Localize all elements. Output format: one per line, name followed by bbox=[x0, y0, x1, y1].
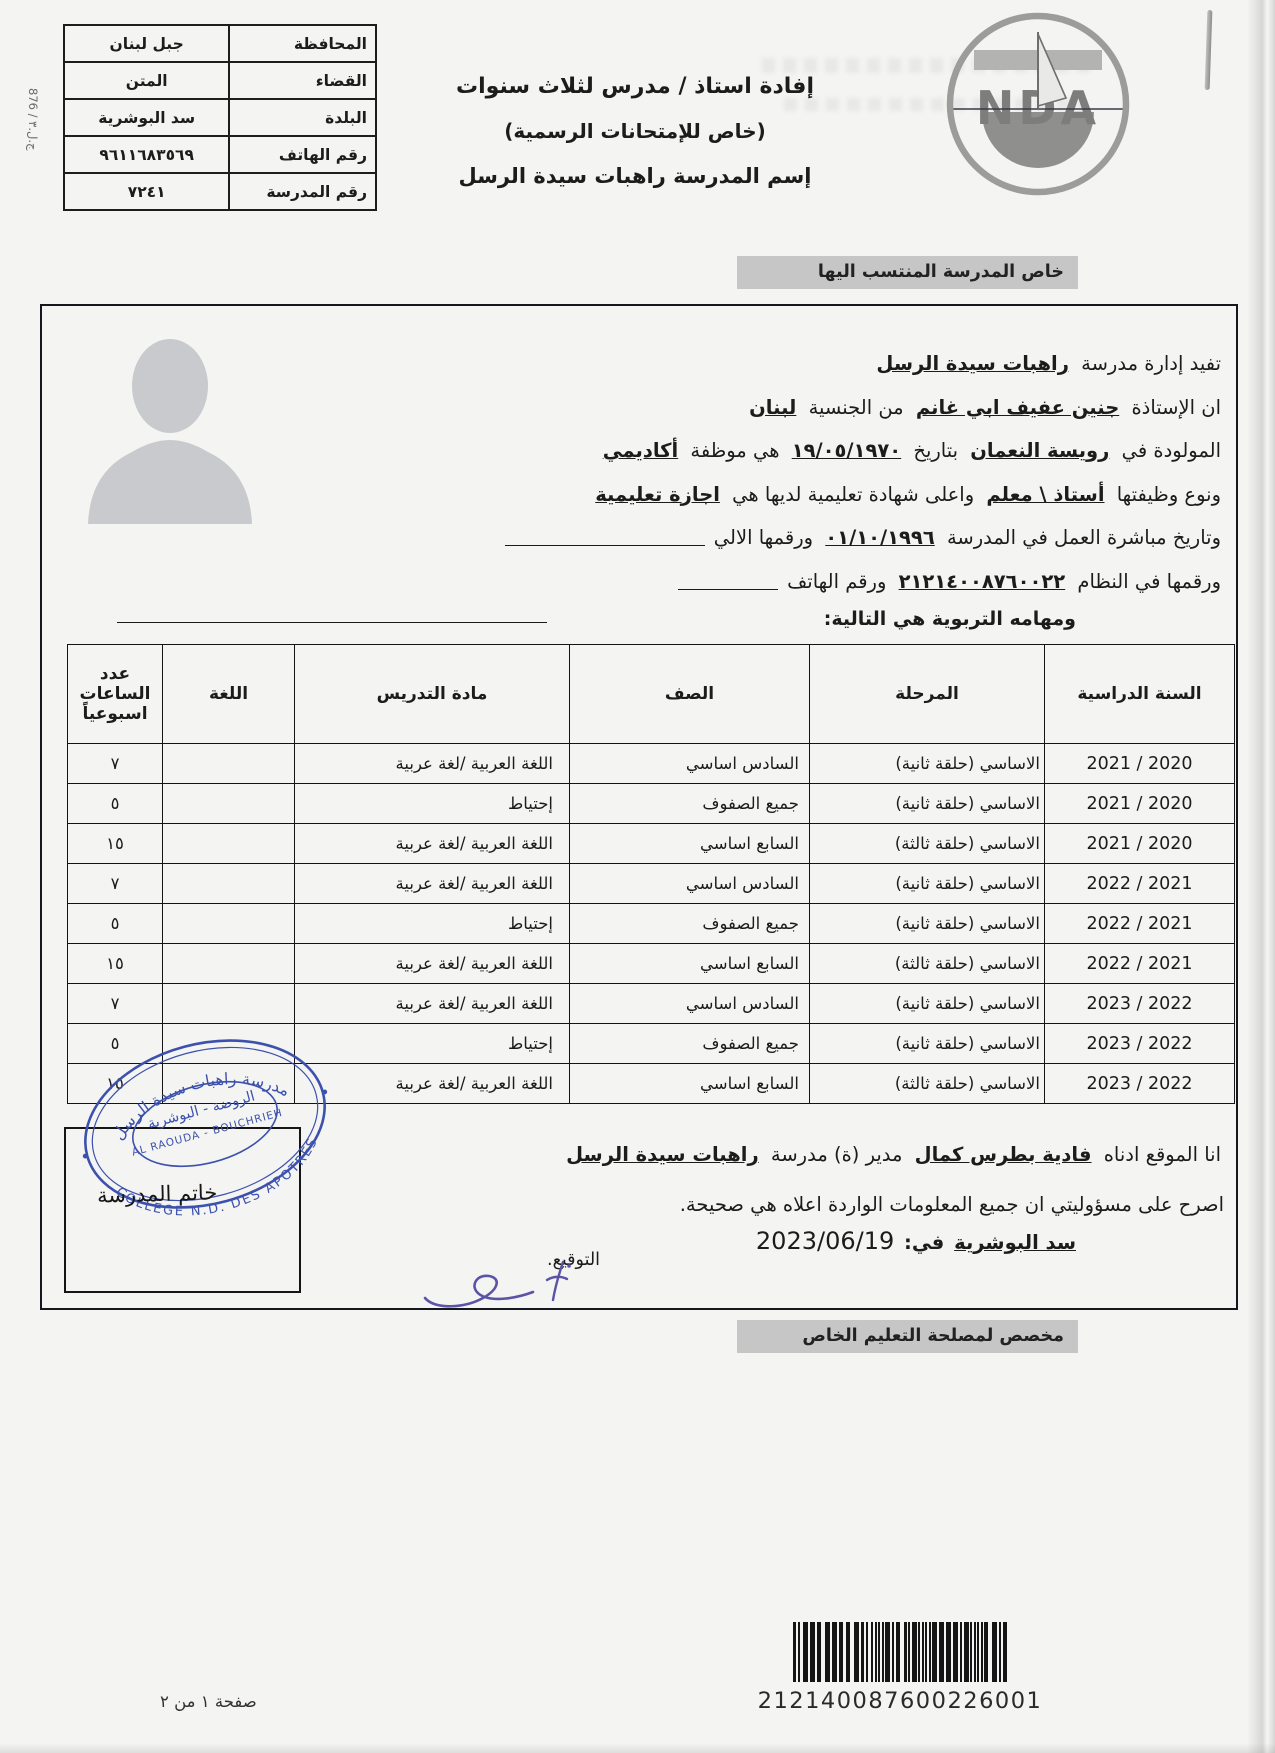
info-row: البلدةسد البوشرية bbox=[64, 99, 376, 136]
statement-line: المولودة في رويسة النعمان بتاريخ ١٩/٠٥/١… bbox=[57, 429, 1224, 473]
statement-line: وتاريخ مباشرة العمل في المدرسة ٠١/١٠/١٩٩… bbox=[57, 516, 1224, 560]
duty-cell: 2022 / 2023 bbox=[1045, 1064, 1235, 1104]
duty-cell: السابع اساسي bbox=[570, 944, 810, 984]
duty-row: 2021 / 2022الاساسي (حلقة ثانية)جميع الصف… bbox=[68, 904, 1235, 944]
duty-cell: 2021 / 2022 bbox=[1045, 864, 1235, 904]
teacher-name: جنين عفيف ابي غانم bbox=[916, 396, 1119, 419]
info-label: المحافظة bbox=[229, 25, 376, 62]
statement-text: ورقمها في النظام bbox=[1077, 570, 1221, 593]
duty-cell: الاساسي (حلقة ثانية) bbox=[810, 864, 1045, 904]
duty-cell: اللغة العربية /لغة عربية bbox=[295, 944, 570, 984]
blank-underline bbox=[678, 574, 778, 590]
column-header-weekly-hours: عدد الساعات اسبوعياً bbox=[68, 645, 163, 744]
duty-cell: جميع الصفوف bbox=[570, 1024, 810, 1064]
statement-text: واعلى شهادة تعليمية لديها هي bbox=[732, 483, 974, 506]
declaration-text: مدير (ة) مدرسة bbox=[771, 1143, 903, 1166]
duty-cell bbox=[163, 904, 295, 944]
statement-text: هي موظفة bbox=[690, 439, 779, 462]
declaration-line: اصرح على مسؤوليتي ان جميع المعلومات الوا… bbox=[563, 1180, 1224, 1230]
job-title: أستاذ \ معلم bbox=[986, 483, 1104, 506]
statement-text: وتاريخ مباشرة العمل في المدرسة bbox=[947, 526, 1221, 549]
document-title: إفادة استاذ / مدرس لثلاث سنوات bbox=[420, 72, 850, 102]
statement-text: المولودة في bbox=[1122, 439, 1221, 462]
info-value: سد البوشرية bbox=[64, 99, 229, 136]
highest-degree: اجازة تعليمية bbox=[595, 483, 720, 506]
blank-underline bbox=[505, 530, 705, 546]
duty-cell: الاساسي (حلقة ثالثة) bbox=[810, 1064, 1045, 1104]
blank-underline bbox=[117, 607, 547, 623]
date-line: سد البوشرية في: 2023/06/19 bbox=[756, 1227, 1076, 1255]
barcode-number: 212140087600226001 bbox=[688, 1688, 1112, 1714]
duty-cell bbox=[163, 864, 295, 904]
duty-row: 2020 / 2021الاساسي (حلقة ثالثة)السابع اس… bbox=[68, 824, 1235, 864]
duty-cell: 2020 / 2021 bbox=[1045, 784, 1235, 824]
duty-cell: الاساسي (حلقة ثانية) bbox=[810, 1024, 1045, 1064]
duty-cell: جميع الصفوف bbox=[570, 784, 810, 824]
director-name: فادية بطرس كمال bbox=[915, 1143, 1092, 1166]
school-info-rows: المحافظةجبل لبنانالقضاءالمتنالبلدةسد الب… bbox=[64, 25, 376, 210]
info-value: ٧٢٤١ bbox=[64, 173, 229, 210]
duty-cell: السابع اساسي bbox=[570, 1064, 810, 1104]
school-name: راهبات سيدة الرسل bbox=[876, 352, 1069, 375]
duty-cell: السابع اساسي bbox=[570, 824, 810, 864]
info-label: رقم الهاتف bbox=[229, 136, 376, 173]
declaration-line: انا الموقع ادناه فادية بطرس كمال مدير (ة… bbox=[563, 1130, 1224, 1180]
school-stamp: مدرسة راهبات سيدة الرسل COLLEGE N.D. DES… bbox=[45, 1006, 365, 1306]
duties-section-heading: ومهامه التربوية هي التالية: bbox=[824, 608, 1076, 630]
document-title-block: إفادة استاذ / مدرس لثلاث سنوات (خاص للإم… bbox=[420, 72, 850, 188]
column-header-language: اللغة bbox=[163, 645, 295, 744]
duty-cell: ٧ bbox=[68, 744, 163, 784]
info-label: رقم المدرسة bbox=[229, 173, 376, 210]
duty-row: 2021 / 2022الاساسي (حلقة ثانية)السادس اس… bbox=[68, 864, 1235, 904]
info-value: ٩٦١١٦٨٣٥٦٩ bbox=[64, 136, 229, 173]
school-logo-icon: NDA bbox=[938, 8, 1136, 200]
duty-cell: 2020 / 2021 bbox=[1045, 824, 1235, 864]
statement-line: تفيد إدارة مدرسة راهبات سيدة الرسل bbox=[57, 342, 1224, 386]
school-info-table: المحافظةجبل لبنانالقضاءالمتنالبلدةسد الب… bbox=[63, 24, 377, 211]
section-bar-school: خاص المدرسة المنتسب اليها bbox=[737, 256, 1078, 289]
statement-text: بتاريخ bbox=[913, 439, 958, 462]
duties-table-header: السنة الدراسية المرحلة الصف مادة التدريس… bbox=[68, 645, 1235, 744]
statement-text: ورقم الهاتف bbox=[787, 570, 886, 593]
statement-text: ورقمها الالي bbox=[714, 526, 813, 549]
system-number: ٢١٢١٤٠٠٨٧٦٠٠٢٢ bbox=[899, 570, 1066, 593]
duty-cell: ٥ bbox=[68, 904, 163, 944]
info-row: القضاءالمتن bbox=[64, 62, 376, 99]
duty-cell: الاساسي (حلقة ثالثة) bbox=[810, 944, 1045, 984]
employee-type: أكاديمي bbox=[603, 439, 678, 462]
duty-cell: الاساسي (حلقة ثانية) bbox=[810, 744, 1045, 784]
statement-text: ونوع وظيفتها bbox=[1117, 483, 1221, 506]
duty-cell bbox=[163, 824, 295, 864]
duty-cell: 2020 / 2021 bbox=[1045, 744, 1235, 784]
school-name-line: إسم المدرسة راهبات سيدة الرسل bbox=[420, 164, 850, 188]
school-name: راهبات سيدة الرسل bbox=[566, 1143, 759, 1166]
duty-cell bbox=[163, 744, 295, 784]
duty-cell: ٥ bbox=[68, 784, 163, 824]
info-label: البلدة bbox=[229, 99, 376, 136]
birth-date: ١٩/٠٥/١٩٧٠ bbox=[792, 439, 901, 462]
duty-cell: 2022 / 2023 bbox=[1045, 984, 1235, 1024]
duty-cell: ١٥ bbox=[68, 824, 163, 864]
duty-cell bbox=[163, 944, 295, 984]
duty-cell: اللغة العربية /لغة عربية bbox=[295, 864, 570, 904]
declaration-text: انا الموقع ادناه bbox=[1104, 1143, 1221, 1166]
statement-text: من الجنسية bbox=[809, 396, 904, 419]
scan-bottom-shadow bbox=[0, 1743, 1275, 1753]
paper-clip-mark bbox=[1205, 10, 1213, 90]
certification-statement: تفيد إدارة مدرسة راهبات سيدة الرسل ان ال… bbox=[57, 342, 1224, 629]
birth-place: رويسة النعمان bbox=[970, 439, 1109, 462]
info-value: المتن bbox=[64, 62, 229, 99]
duty-cell: ٧ bbox=[68, 864, 163, 904]
duty-cell: السادس اساسي bbox=[570, 984, 810, 1024]
info-row: رقم الهاتف٩٦١١٦٨٣٥٦٩ bbox=[64, 136, 376, 173]
section-bar-private-education: مخصص لمصلحة التعليم الخاص bbox=[737, 1320, 1078, 1353]
duty-cell: الاساسي (حلقة ثالثة) bbox=[810, 824, 1045, 864]
duty-cell: الاساسي (حلقة ثانية) bbox=[810, 904, 1045, 944]
main-form-box: تفيد إدارة مدرسة راهبات سيدة الرسل ان ال… bbox=[40, 304, 1238, 1310]
info-value: جبل لبنان bbox=[64, 25, 229, 62]
statement-line: ونوع وظيفتها أستاذ \ معلم واعلى شهادة تع… bbox=[57, 473, 1224, 517]
barcode bbox=[688, 1622, 1112, 1682]
duty-cell: السادس اساسي bbox=[570, 864, 810, 904]
margin-reference-code: 876 / ج.ل.٣ bbox=[26, 88, 40, 150]
duty-cell: 2021 / 2022 bbox=[1045, 944, 1235, 984]
statement-line: ورقمها في النظام ٢١٢١٤٠٠٨٧٦٠٠٢٢ ورقم اله… bbox=[57, 560, 1224, 604]
duty-cell: اللغة العربية /لغة عربية bbox=[295, 824, 570, 864]
duty-cell: إحتياط bbox=[295, 784, 570, 824]
duty-cell: اللغة العربية /لغة عربية bbox=[295, 744, 570, 784]
statement-text: ان الإستاذة bbox=[1131, 396, 1221, 419]
info-row: المحافظةجبل لبنان bbox=[64, 25, 376, 62]
duty-cell: 2021 / 2022 bbox=[1045, 904, 1235, 944]
stamp-caption: خاتم المدرسة bbox=[97, 1180, 218, 1207]
column-header-class: الصف bbox=[570, 645, 810, 744]
duty-cell: السادس اساسي bbox=[570, 744, 810, 784]
statement-text: تفيد إدارة مدرسة bbox=[1081, 352, 1221, 375]
place-name: سد البوشرية bbox=[954, 1231, 1076, 1254]
scan-edge-shadow bbox=[1247, 0, 1275, 1753]
duty-cell: الاساسي (حلقة ثانية) bbox=[810, 784, 1045, 824]
info-row: رقم المدرسة٧٢٤١ bbox=[64, 173, 376, 210]
issue-date: 2023/06/19 bbox=[756, 1227, 894, 1255]
signature-scribble bbox=[417, 1256, 592, 1314]
duty-row: 2020 / 2021الاساسي (حلقة ثانية)السادس اس… bbox=[68, 744, 1235, 784]
duty-cell: الاساسي (حلقة ثانية) bbox=[810, 984, 1045, 1024]
document-subtitle: (خاص للإمتحانات الرسمية) bbox=[420, 119, 850, 143]
duty-row: 2020 / 2021الاساسي (حلقة ثانية)جميع الصف… bbox=[68, 784, 1235, 824]
employment-start-date: ٠١/١٠/١٩٩٦ bbox=[825, 526, 934, 549]
page-number: صفحة ١ من ٢ bbox=[160, 1692, 257, 1711]
column-header-stage: المرحلة bbox=[810, 645, 1045, 744]
duty-cell: 2022 / 2023 bbox=[1045, 1024, 1235, 1064]
duty-cell bbox=[163, 784, 295, 824]
duty-row: 2021 / 2022الاساسي (حلقة ثالثة)السابع اس… bbox=[68, 944, 1235, 984]
info-label: القضاء bbox=[229, 62, 376, 99]
nationality: لبنان bbox=[749, 396, 796, 419]
director-declaration: انا الموقع ادناه فادية بطرس كمال مدير (ة… bbox=[563, 1130, 1224, 1230]
statement-line: ان الإستاذة جنين عفيف ابي غانم من الجنسي… bbox=[57, 386, 1224, 430]
duty-cell: جميع الصفوف bbox=[570, 904, 810, 944]
column-header-year: السنة الدراسية bbox=[1045, 645, 1235, 744]
column-header-subject: مادة التدريس bbox=[295, 645, 570, 744]
date-word: في: bbox=[904, 1231, 944, 1254]
duty-cell: إحتياط bbox=[295, 904, 570, 944]
duty-cell: ١٥ bbox=[68, 944, 163, 984]
